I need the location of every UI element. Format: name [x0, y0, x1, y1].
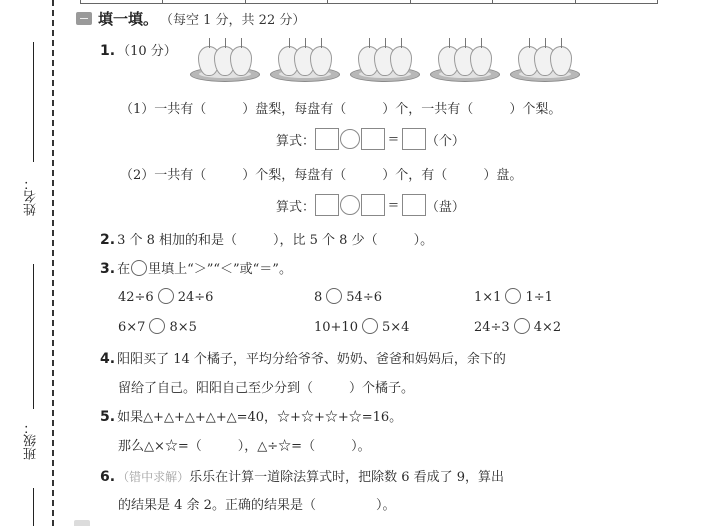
question-4-line-2: 留给了自己。阳阳自己至少分到（）个橘子。 — [118, 377, 414, 396]
question-1-equation-2: 算式： = （盘） — [276, 194, 465, 216]
margin-underline-bottom — [33, 488, 34, 526]
compare-circle[interactable] — [362, 318, 378, 334]
answer-box[interactable] — [361, 194, 385, 216]
section-one-icon — [76, 12, 92, 25]
pear-plates-image — [188, 38, 582, 84]
answer-box[interactable] — [315, 128, 339, 150]
compare-circle[interactable] — [505, 288, 521, 304]
question-2: 2.3 个 8 相加的和是（），比 5 个 8 少（）。 — [100, 229, 433, 248]
next-section-cutoff — [74, 518, 374, 526]
compare-item: 42÷624÷6 — [118, 288, 213, 305]
name-underline — [33, 42, 34, 162]
score-table — [80, 0, 658, 4]
compare-item: 854÷6 — [314, 288, 382, 305]
circle-icon — [131, 260, 147, 276]
question-1-header: 1.（10 分） — [100, 40, 177, 59]
pear-plate-icon — [268, 38, 342, 84]
answer-box[interactable] — [402, 128, 426, 150]
answer-box[interactable] — [402, 194, 426, 216]
question-1-equation-1: 算式： = （个） — [276, 128, 465, 150]
class-label: 班级： — [22, 416, 46, 466]
section-note: （每空 1 分，共 22 分） — [160, 9, 305, 28]
section-title: 填一填。 — [98, 8, 158, 29]
question-6-line-2: 的结果是 4 余 2。正确的结果是（）。 — [118, 494, 395, 513]
operator-circle[interactable] — [340, 195, 360, 215]
question-3: 3.在里填上“＞”“＜”或“＝”。 — [100, 258, 292, 277]
pear-plate-icon — [188, 38, 262, 84]
question-5-line-1: 5.如果△+△+△+△+△=40，☆+☆+☆+☆=16。 — [100, 406, 402, 425]
name-label: 姓名： — [22, 172, 46, 222]
question-1-part-1: （1）一共有（）盘梨，每盘有（）个，一共有（）个梨。 — [120, 98, 561, 117]
pear-plate-icon — [428, 38, 502, 84]
section-badge-icon — [74, 520, 90, 526]
pear-plate-icon — [348, 38, 422, 84]
operator-circle[interactable] — [340, 129, 360, 149]
compare-item: 6×78×5 — [118, 318, 197, 335]
compare-item: 10+105×4 — [314, 318, 409, 335]
compare-item: 24÷34×2 — [474, 318, 561, 335]
pear-plate-icon — [508, 38, 582, 84]
compare-circle[interactable] — [158, 288, 174, 304]
class-underline — [33, 264, 34, 409]
compare-circle[interactable] — [326, 288, 342, 304]
answer-box[interactable] — [361, 128, 385, 150]
compare-circle[interactable] — [149, 318, 165, 334]
answer-box[interactable] — [315, 194, 339, 216]
hint-tag: （错中求解） — [117, 470, 189, 484]
compare-item: 1×11÷1 — [474, 288, 553, 305]
compare-circle[interactable] — [514, 318, 530, 334]
question-4-line-1: 4.阳阳买了 14 个橘子，平均分给爷爷、奶奶、爸爸和妈妈后，余下的 — [100, 348, 506, 367]
question-5-line-2: 那么△×☆=（），△÷☆=（）。 — [118, 435, 371, 454]
question-6-line-1: 6.（错中求解）乐乐在计算一道除法算式时，把除数 6 看成了 9，算出 — [100, 466, 504, 485]
section-header: 填一填。 （每空 1 分，共 22 分） — [76, 8, 305, 28]
binding-dashed-line — [52, 0, 54, 526]
question-1-part-2: （2）一共有（）个梨，每盘有（）个，有（）盘。 — [120, 164, 522, 183]
